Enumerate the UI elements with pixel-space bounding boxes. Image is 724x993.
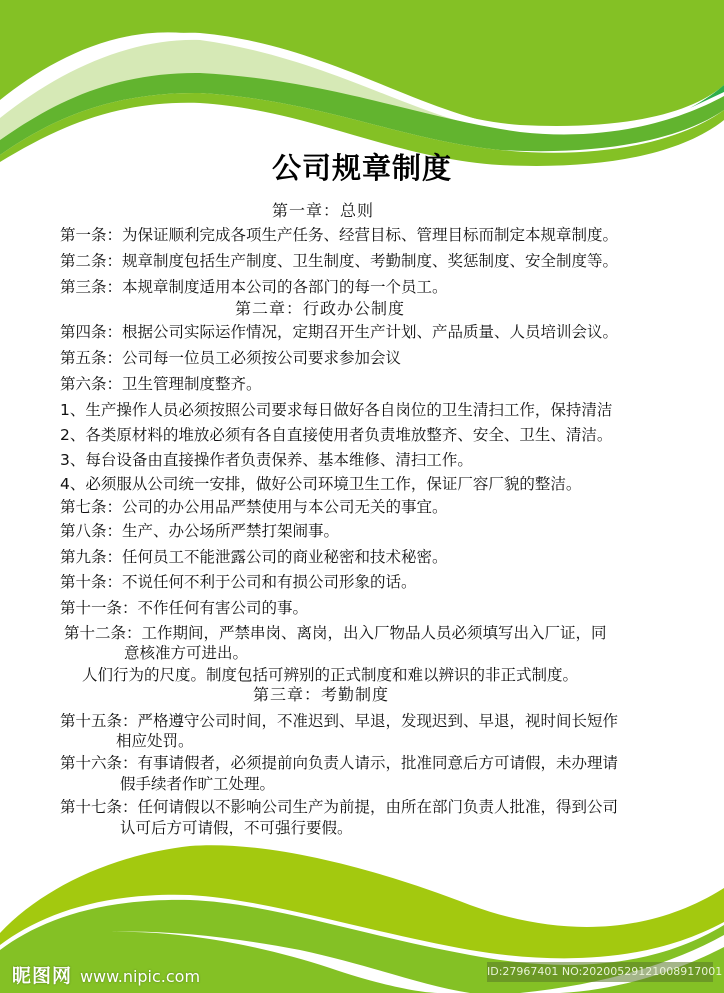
article-line: 第四条：根据公司实际运作情况，定期召开生产计划、产品质量、人员培训会议。: [60, 322, 618, 342]
article-continuation: 认可后方可请假，不可强行要假。: [120, 818, 353, 838]
article-line: 第六条：卫生管理制度整齐。: [60, 374, 262, 394]
note-line: 人们行为的尺度。制度包括可辨别的正式制度和难以辨识的非正式制度。: [82, 665, 578, 685]
chapter-heading: 第一章：总则: [272, 201, 374, 221]
watermark-id-badge: ID:27967401 NO:20200529121008917001: [487, 962, 713, 982]
article-line: 第七条：公司的办公用品严禁使用与本公司无关的事宜。: [60, 497, 448, 517]
list-item: 1、生产操作人员必须按照公司要求每日做好各自岗位的卫生清扫工作，保持清洁: [60, 400, 612, 420]
watermark-logo: 昵图网 www.nipic.com: [12, 961, 200, 988]
article-continuation: 假手续者作旷工处理。: [120, 774, 275, 794]
article-line: 第一条：为保证顺利完成各项生产任务、经营目标、管理目标而制定本规章制度。: [60, 225, 618, 245]
list-item: 3、每台设备由直接操作者负责保养、基本维修、清扫工作。: [60, 450, 473, 470]
chapter-heading: 第三章：考勤制度: [253, 685, 389, 705]
article-line: 第十二条：工作期间，严禁串岗、离岗，出入厂物品人员必须填写出入厂证，同: [64, 623, 607, 643]
watermark-logo-cn: 昵图网: [12, 965, 72, 987]
article-line: 第三条：本规章制度适用本公司的各部门的每一个员工。: [60, 277, 448, 297]
article-line: 第九条：任何员工不能泄露公司的商业秘密和技术秘密。: [60, 547, 448, 567]
article-line: 第二条：规章制度包括生产制度、卫生制度、考勤制度、奖惩制度、安全制度等。: [60, 251, 618, 271]
article-line: 第十六条：有事请假者，必须提前向负责人请示，批准同意后方可请假，未办理请: [60, 753, 618, 773]
list-item: 2、各类原材料的堆放必须有各自直接使用者负责堆放整齐、安全、卫生、清洁。: [60, 425, 612, 445]
watermark-url: www.nipic.com: [80, 967, 200, 986]
article-line: 第十一条：不作任何有害公司的事。: [60, 598, 308, 618]
article-line: 第八条：生产、办公场所严禁打架闹事。: [60, 521, 339, 541]
page-title: 公司规章制度: [0, 146, 724, 187]
article-line: 第十条：不说任何不利于公司和有损公司形象的话。: [60, 572, 417, 592]
article-continuation: 意核准方可进出。: [124, 643, 248, 663]
article-line: 第十五条：严格遵守公司时间，不准迟到、早退，发现迟到、早退，视时间长短作: [60, 711, 618, 731]
article-line: 第五条：公司每一位员工必须按公司要求参加会议: [60, 348, 401, 368]
chapter-heading: 第二章：行政办公制度: [235, 299, 405, 319]
article-line: 第十七条：任何请假以不影响公司生产为前提，由所在部门负责人批准，得到公司: [60, 797, 618, 817]
article-continuation: 相应处罚。: [116, 731, 194, 751]
list-item: 4、必须服从公司统一安排，做好公司环境卫生工作，保证厂容厂貌的整洁。: [60, 474, 581, 494]
